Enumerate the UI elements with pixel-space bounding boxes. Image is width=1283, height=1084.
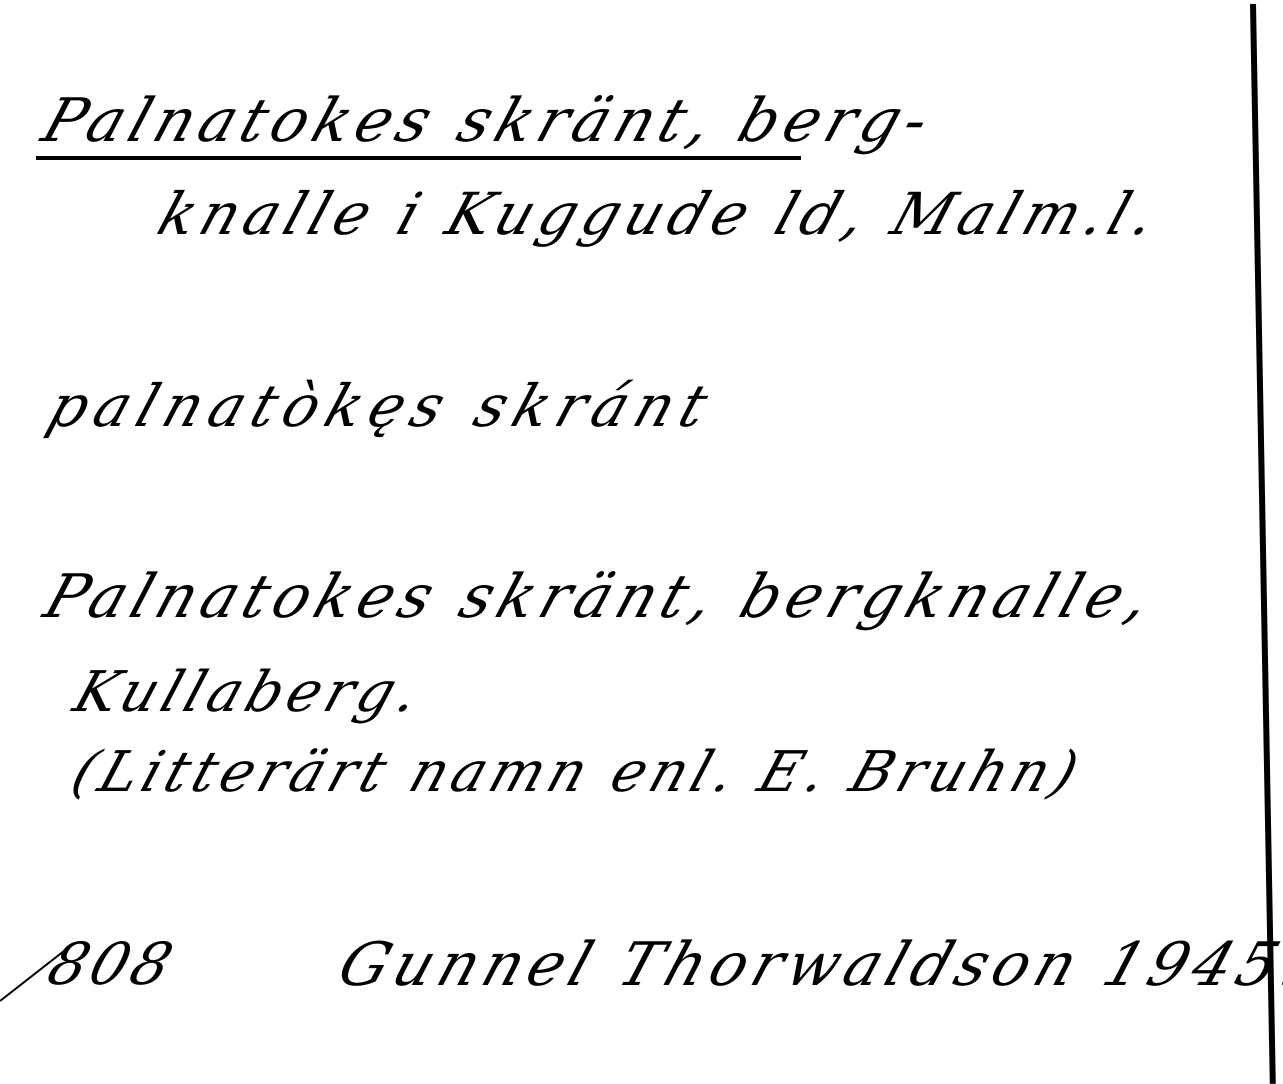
index-card: Palnatokes skränt, berg- knalle i Kuggud… [0,0,1283,1084]
card-number: 808 [40,930,185,998]
heading-underline [36,156,801,160]
phonetic-transcription-line: palnatòkęs skránt [40,372,724,440]
collector-signature: Gunnel Thorwaldson 1945. [330,930,1283,1000]
place-line: Kullaberg. [66,660,432,725]
location-line: knalle i Kuggude ld, Malm.l. [150,180,1170,248]
card-edge-border [1250,4,1276,1084]
source-note-line: (Litterärt namn enl. E. Bruhn) [64,740,1091,805]
heading-line: Palnatokes skränt, berg- [34,86,944,156]
variant-name-line: Palnatokes skränt, bergknalle, [36,562,1165,632]
